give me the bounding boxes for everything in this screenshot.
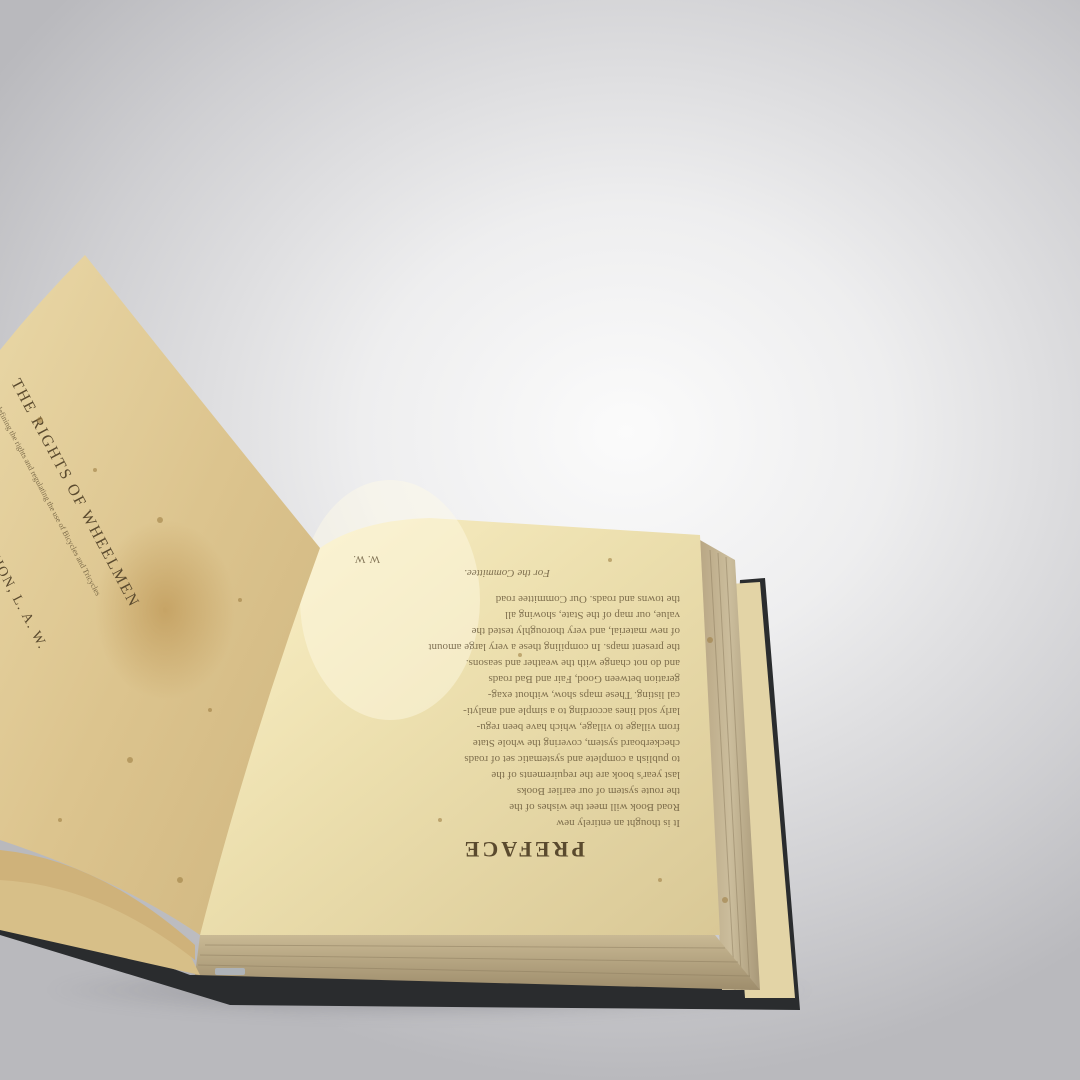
book-render-scene: PREFACE It is thought an entirely new Ro… — [0, 0, 1080, 1080]
svg-text:Road Book will meet the wishes: Road Book will meet the wishes of the — [509, 801, 680, 813]
svg-text:cal listing. These maps show,: cal listing. These maps show, without ex… — [488, 689, 680, 701]
svg-text:the route system of our earlie: the route system of our earlier Books — [517, 785, 680, 797]
svg-text:For the Committee.: For the Committee. — [464, 567, 551, 579]
svg-text:of new material, and very thor: of new material, and very thoroughly tes… — [472, 625, 680, 637]
svg-text:from village to village, which: from village to village, which have been… — [476, 721, 680, 733]
preface-heading: PREFACE — [462, 837, 585, 862]
svg-text:last year's book are the requi: last year's book are the requirements of… — [491, 769, 680, 781]
svg-text:W. W.: W. W. — [353, 553, 380, 565]
svg-text:It is thought an entirely new: It is thought an entirely new — [556, 817, 680, 829]
water-stain — [95, 520, 235, 700]
svg-text:checkerboard system, covering: checkerboard system, covering the whole … — [473, 737, 680, 749]
open-book: PREFACE It is thought an entirely new Ro… — [0, 0, 1080, 1080]
svg-text:to publish a complete and syst: to publish a complete and systematic set… — [464, 753, 680, 765]
svg-text:geration between Good, Fair an: geration between Good, Fair and Bad road… — [488, 673, 680, 685]
svg-text:and do not change with the wea: and do not change with the weather and s… — [466, 657, 680, 669]
spine-band — [215, 968, 245, 975]
svg-text:the towns and roads. Our Commi: the towns and roads. Our Committee road — [495, 593, 680, 605]
svg-text:the present maps. In compiling: the present maps. In compiling these a v… — [428, 641, 680, 653]
svg-text:value, our map of the State, s: value, our map of the State, showing all — [505, 609, 680, 621]
svg-text:larly sold lines according to: larly sold lines according to a simple a… — [463, 705, 680, 717]
